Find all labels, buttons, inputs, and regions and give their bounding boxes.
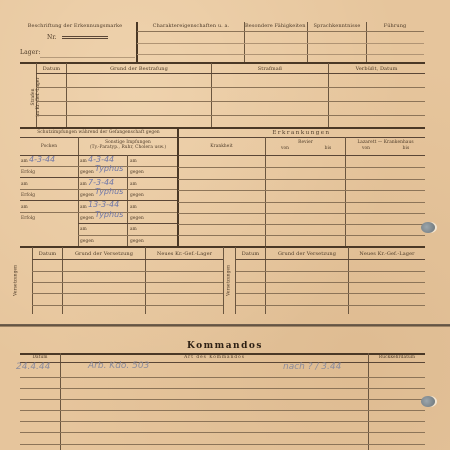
fold-line [0,324,450,327]
kommando-extra-1[interactable]: nach ? / 3.44 [283,362,341,372]
transfers-left-col-reason: Grund der Versetzung [63,251,145,257]
vaccinations-col-pocken: Pocken [20,144,78,149]
col3-am-label: am [130,182,137,187]
nr-field[interactable] [62,36,108,40]
transfers-right-col-camp: Neues Kr.-Gef.-Lager [349,251,425,257]
other-gegen-label: gegen [80,216,94,221]
transfers-left-col-date: Datum [33,251,62,257]
vaccinations-title: Schutzimpfungen während der Gefangenscha… [20,130,177,135]
header-col-languages: Sprachkenntnisse [308,23,366,29]
kommandos-col-type: Art des Kommandos [61,355,368,360]
erfolg-label: Erfolg [21,170,35,175]
kommando-date-1[interactable]: 24.4.44 [16,362,50,372]
col3-am-label: am [130,159,137,164]
punishments-col-served: Verbüßt, Datum [329,66,424,72]
punishments-col-penalty: Strafmaß [212,66,328,72]
kommandos-col-return: Rückkehrdatum [369,355,425,360]
illnesses-col-illness: Krankheit [178,144,265,149]
erfolg-label: Erfolg [21,193,35,198]
col3-gegen-label: gegen [130,193,144,198]
col3-gegen-label: gegen [130,170,144,175]
kommandos-title: Kommandos [150,341,300,351]
other-gegen-label: gegen [80,239,94,244]
other-against-2[interactable]: Typhus [95,187,123,196]
col3-am-label: am [130,227,137,232]
other-am-label: am [80,182,87,187]
kommando-type-1[interactable]: Arb. Kdo. 503 [88,361,149,371]
other-against-1[interactable]: Typhus [95,164,123,173]
hospital-bis: bis [396,146,416,151]
nr-label: Nr. [47,35,57,41]
transfers-side-label-right: Versetzungen [227,261,232,301]
other-gegen-label: gegen [80,170,94,175]
lager-field[interactable] [40,57,135,58]
pocken-am-label: am [21,182,28,187]
identity-tag-label: Beschriftung der Erkennungsmarke [20,23,130,29]
other-date-2[interactable]: 7-3-44 [88,178,114,187]
header-col-conduct: Führung [367,23,423,29]
header-col-character: Charaktereigenschaften u. a. [138,23,244,29]
punch-hole-lower [421,396,435,407]
pocken-am-label: am [21,205,28,210]
erfolg-label: Erfolg [21,216,35,221]
other-gegen-label: gegen [80,193,94,198]
transfers-left-col-camp: Neues Kr.-Gef.-Lager [146,251,223,257]
col3-am-label: am [130,205,137,210]
illnesses-col-revier: Revier [266,140,345,145]
other-am-label: am [80,159,87,164]
vaccinations-col-other: Sonstige Impfungen (Ty.-Paratyp., Ruhr, … [79,140,177,150]
other-am-label: am [80,227,87,232]
punishments-col-reason: Grund der Bestrafung [67,66,211,72]
hospital-von: von [356,146,376,151]
other-am-label: am [80,205,87,210]
pocken-date-1[interactable]: 4-3-44 [29,155,55,164]
header-col-abilities: Besondere Fähigkeiten [245,23,305,29]
other-date-1[interactable]: 4-3-44 [88,155,114,164]
col3-gegen-label: gegen [130,216,144,221]
other-date-3[interactable]: 13-3-44 [88,200,119,209]
other-against-3[interactable]: Typhus [95,210,123,219]
punishments-side-label: Strafen im Kr.-Gef.-Lager [31,67,41,127]
registration-card: Beschriftung der Erkennungsmarke Nr. Lag… [0,0,450,450]
transfers-right-col-reason: Grund der Versetzung [266,251,348,257]
illnesses-title: Erkrankungen [178,130,425,136]
pocken-am-label: am [21,159,28,164]
transfers-right-col-date: Datum [236,251,265,257]
revier-von: von [275,146,295,151]
revier-bis: bis [318,146,338,151]
illnesses-col-hospital: Lazarett — Krankenhaus [346,140,425,145]
col3-gegen-label: gegen [130,239,144,244]
lager-label: Lager: [20,50,40,56]
punishments-col-date: Datum [37,66,66,72]
punch-hole-upper [421,222,435,233]
transfers-side-label-left: Versetzungen [14,261,19,301]
kommandos-col-date: Datum [20,355,60,360]
